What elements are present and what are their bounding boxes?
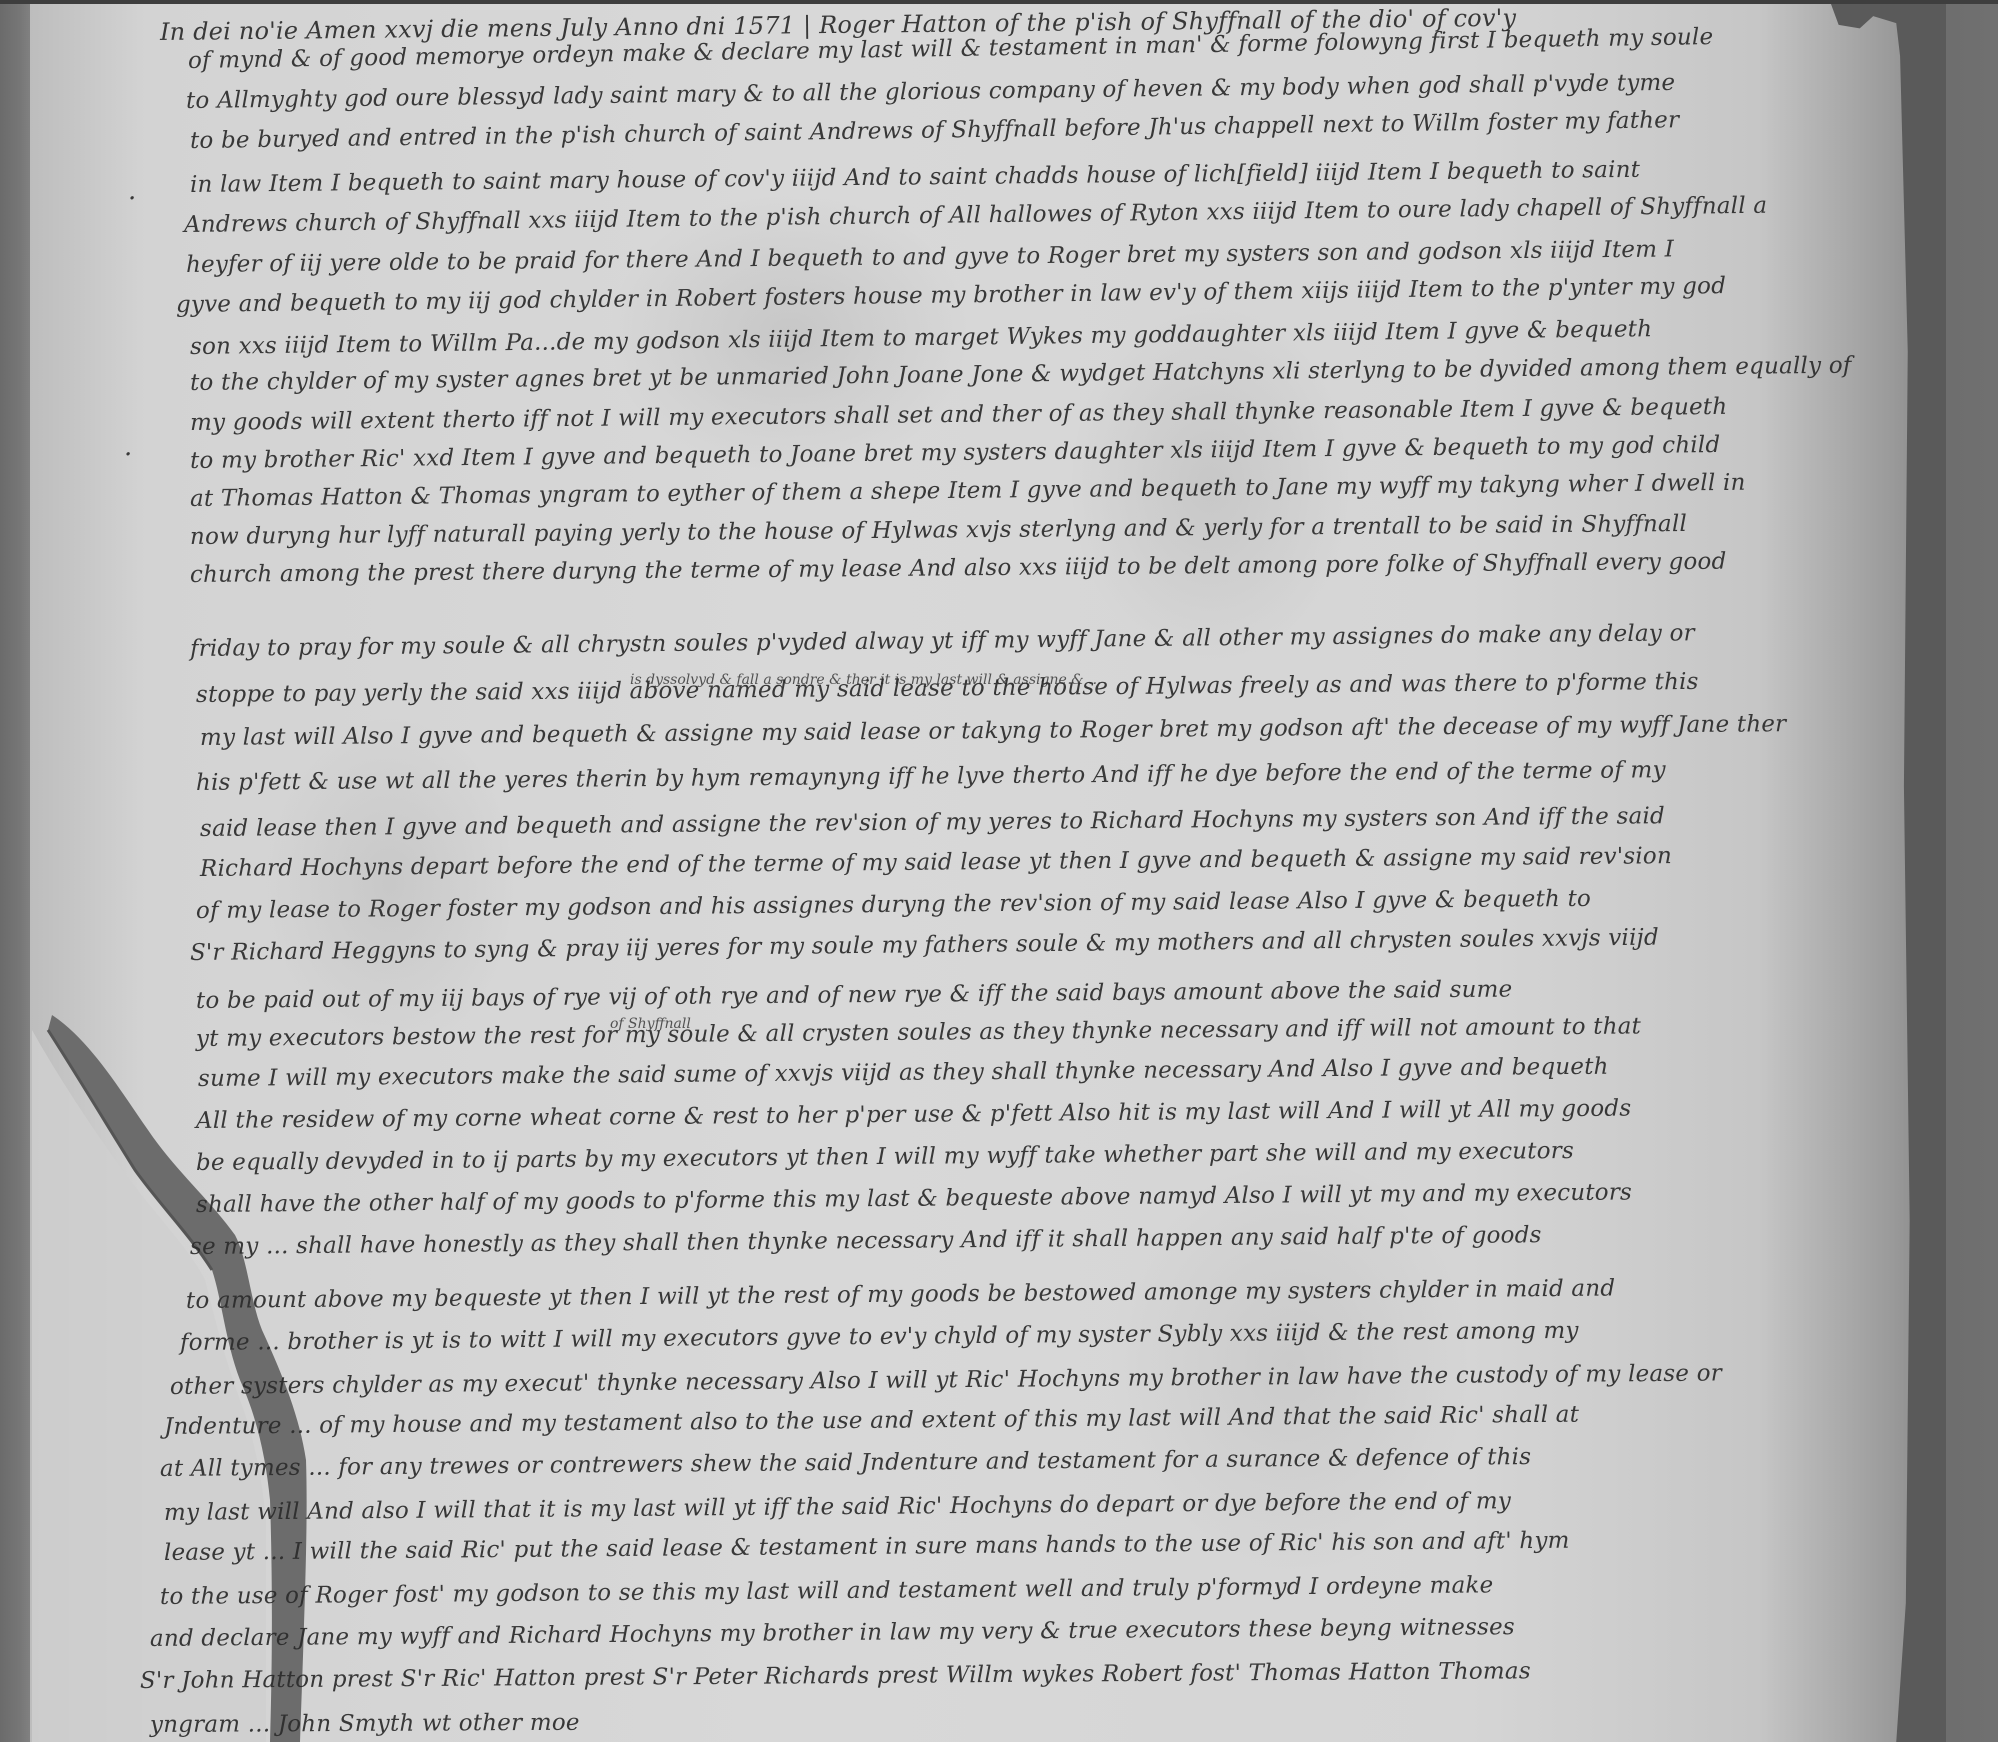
line-39: and declare Jane my wyff and Richard Hoc…	[150, 1614, 1515, 1652]
line-21: Richard Hochyns depart before the end of…	[200, 843, 1672, 882]
line-23: S'r Richard Heggyns to syng & pray iij y…	[190, 925, 1659, 966]
line-29: shall have the other half of my goods to…	[196, 1179, 1632, 1218]
line-18: my last will Also I gyve and bequeth & a…	[200, 711, 1787, 751]
line-14: now duryng hur lyff naturall paying yerl…	[190, 511, 1687, 550]
manuscript-text: In dei no'ie Amen xxvj die mens July Ann…	[0, 0, 1998, 1742]
line-30: se my ... shall have honestly as they sh…	[190, 1222, 1542, 1260]
line-11: my goods will extent therto iff not I wi…	[190, 394, 1728, 436]
line-5: in law Item I bequeth to saint mary hous…	[190, 157, 1640, 198]
manuscript-photograph: In dei no'ie Amen xxvj die mens July Ann…	[0, 0, 1998, 1742]
line-41: yngram ... John Smyth wt other moe	[150, 1710, 580, 1738]
line-40: S'r John Hatton prest S'r Ric' Hatton pr…	[140, 1658, 1531, 1694]
line-32: forme ... brother is yt is to witt I wil…	[180, 1318, 1579, 1356]
line-9: son xxs iiijd Item to Willm Pa...de my g…	[190, 316, 1652, 360]
line-13: at Thomas Hatton & Thomas yngram to eyth…	[190, 470, 1746, 512]
line-34: Jndenture ... of my house and my testame…	[164, 1402, 1579, 1440]
line-15: church among the prest there duryng the …	[190, 549, 1727, 588]
line-38: to the use of Roger fost' my godson to s…	[160, 1572, 1494, 1610]
line-8: gyve and bequeth to my iij god chylder i…	[176, 273, 1726, 318]
line-25: yt my executors bestow the rest for my s…	[196, 1013, 1641, 1052]
line-37: lease yt ... I will the said Ric' put th…	[164, 1528, 1570, 1566]
line-16: friday to pray for my soule & all chryst…	[190, 620, 1695, 662]
line-27: All the residew of my corne wheat corne …	[196, 1095, 1632, 1134]
margin-dot: ·	[128, 184, 136, 214]
line-22: of my lease to Roger foster my godson an…	[196, 886, 1591, 924]
line-31: to amount above my bequeste yt then I wi…	[186, 1276, 1615, 1314]
line-17: stoppe to pay yerly the said xxs iiijd a…	[196, 669, 1699, 708]
line-10: to the chylder of my syster agnes bret y…	[190, 353, 1852, 396]
margin-dot: ·	[124, 440, 132, 470]
line-36: my last will And also I will that it is …	[164, 1488, 1511, 1526]
line-12: to my brother Ric' xxd Item I gyve and b…	[190, 432, 1721, 474]
line-19: his p'fett & use wt all the yeres therin…	[196, 757, 1666, 796]
line-35: at All tymes ... for any trewes or contr…	[160, 1444, 1531, 1482]
line-24: to be paid out of my iij bays of rye vij…	[196, 977, 1513, 1014]
line-4: to be buryed and entred in the p'ish chu…	[190, 107, 1680, 154]
line-26: sume I will my executors make the said s…	[198, 1054, 1609, 1092]
line-33: other systers chylder as my execut' thyn…	[170, 1360, 1722, 1400]
line-28: be equally devyded in to ij parts by my …	[196, 1138, 1574, 1176]
line-3: to Allmyghty god oure blessyd lady saint…	[186, 70, 1676, 114]
line-6: Andrews church of Shyffnall xxs iiijd It…	[184, 193, 1768, 238]
line-7: heyfer of iij yere olde to be praid for …	[186, 236, 1674, 278]
line-20: said lease then I gyve and bequeth and a…	[200, 803, 1665, 842]
